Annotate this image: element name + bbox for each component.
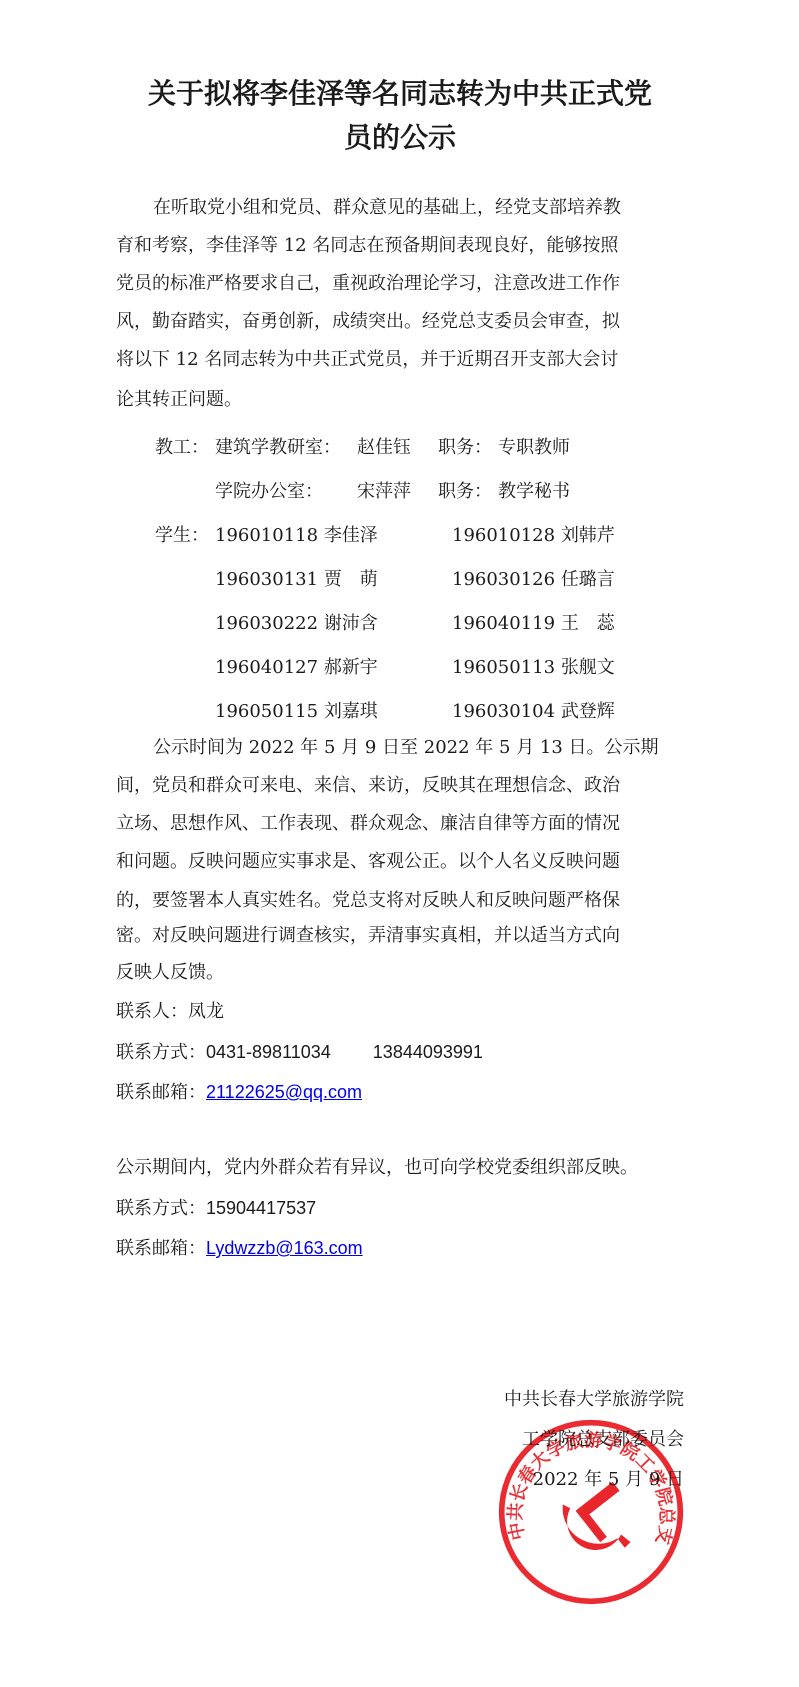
intro-line: 育和考察，李佳泽等 12 名同志在预备期间表现良好，能够按照: [116, 234, 618, 258]
student-entry: 196030131 贾 萌: [215, 568, 378, 592]
org-dept-email-label: 联系邮箱：: [116, 1238, 206, 1259]
document-title: 关于拟将李佳泽等名同志转为中共正式党 员的公示: [100, 72, 700, 160]
objection-note: 公示期间内，党内外群众若有异议，也可向学校党委组织部反映。: [116, 1156, 638, 1180]
contact-phone-label: 联系方式：: [116, 1042, 206, 1063]
contact-person-name: 凤龙: [188, 1001, 224, 1022]
student-id: 196040119: [452, 613, 555, 634]
org-dept-email-link[interactable]: Lydwzzb@163.com: [206, 1238, 363, 1258]
contact-person: 联系人：凤龙: [116, 1000, 224, 1024]
staff-role-label: 职务：: [438, 480, 492, 504]
intro-line: 党员的标准严格要求自己，重视政治理论学习，注意改进工作作: [116, 272, 620, 296]
staff-role: 教学秘书: [498, 480, 570, 504]
org-dept-phone-number: 15904417537: [206, 1198, 316, 1218]
student-name: 李佳泽: [324, 525, 378, 546]
contact-person-label: 联系人：: [116, 1001, 188, 1022]
title-line-1: 关于拟将李佳泽等名同志转为中共正式党: [100, 72, 700, 116]
student-entry: 196040127 郝新宇: [215, 656, 378, 680]
student-name: 郝新宇: [324, 657, 378, 678]
staff-name: 赵佳钰: [357, 436, 411, 460]
contact-email-label: 联系邮箱：: [116, 1082, 206, 1103]
student-id: 196040127: [215, 657, 318, 678]
notice-line: 公示时间为 2022 年 5 月 9 日至 2022 年 5 月 13 日。公示…: [153, 736, 659, 760]
intro-line: 风，勤奋踏实，奋勇创新，成绩突出。经党总支委员会审查，拟: [116, 310, 620, 334]
notice-line: 反映人反馈。: [116, 961, 224, 985]
title-line-2: 员的公示: [100, 116, 700, 160]
intro-line: 将以下 12 名同志转为中共正式党员，并于近期召开支部大会讨: [116, 348, 618, 372]
intro-line: 论其转正问题。: [116, 388, 242, 412]
student-entry: 196030126 任璐言: [452, 568, 615, 592]
student-id: 196030222: [215, 613, 318, 634]
student-id: 196010118: [215, 525, 318, 546]
student-entry: 196010128 刘韩芹: [452, 524, 615, 548]
staff-label: 教工：: [155, 436, 209, 460]
staff-dept: 建筑学教研室：: [215, 436, 341, 460]
student-name: 刘韩芹: [561, 525, 615, 546]
student-id: 196050113: [452, 657, 555, 678]
student-id: 196050115: [215, 701, 318, 722]
notice-line: 间，党员和群众可来电、来信、来访，反映其在理想信念、政治: [116, 774, 620, 798]
intro-line: 在听取党小组和党员、群众意见的基础上，经党支部培养教: [153, 196, 621, 220]
signature-org-1: 中共长春大学旅游学院: [504, 1388, 684, 1412]
student-entry: 196040119 王 蕊: [452, 612, 615, 636]
student-name: 刘嘉琪: [324, 701, 378, 722]
student-entry: 196030104 武登辉: [452, 700, 615, 724]
contact-phone: 联系方式：0431-8981103413844093991: [116, 1040, 483, 1065]
contact-email-link[interactable]: 21122625@qq.com: [206, 1082, 362, 1102]
student-name: 谢沛含: [324, 613, 378, 634]
contact-email: 联系邮箱：21122625@qq.com: [116, 1080, 362, 1105]
student-entry: 196050115 刘嘉琪: [215, 700, 378, 724]
org-dept-email: 联系邮箱：Lydwzzb@163.com: [116, 1236, 363, 1261]
student-id: 196030104: [452, 701, 555, 722]
student-id: 196030131: [215, 569, 318, 590]
students-label: 学生：: [155, 524, 209, 548]
contact-phone-1: 0431-89811034: [206, 1042, 331, 1062]
student-id: 196010128: [452, 525, 555, 546]
student-name: 武登辉: [561, 701, 615, 722]
staff-role: 专职教师: [498, 436, 570, 460]
notice-line: 立场、思想作风、工作表现、群众观念、廉洁自律等方面的情况: [116, 812, 620, 836]
student-name: 王 蕊: [561, 613, 615, 634]
contact-phone-2: 13844093991: [373, 1042, 483, 1062]
notice-line: 的，要签署本人真实姓名。党总支将对反映人和反映问题严格保: [116, 889, 620, 913]
signature-date: 2022 年 5 月 9 日: [533, 1468, 684, 1492]
org-dept-phone: 联系方式：15904417537: [116, 1196, 316, 1221]
staff-dept: 学院办公室：: [215, 480, 323, 504]
org-dept-phone-label: 联系方式：: [116, 1198, 206, 1219]
student-entry: 196010118 李佳泽: [215, 524, 378, 548]
student-entry: 196030222 谢沛含: [215, 612, 378, 636]
notice-line: 密。对反映问题进行调查核实，弄清事实真相，并以适当方式向: [116, 924, 620, 948]
staff-name: 宋萍萍: [357, 480, 411, 504]
student-entry: 196050113 张舰文: [452, 656, 615, 680]
student-name: 张舰文: [561, 657, 615, 678]
notice-line: 和问题。反映问题应实事求是、客观公正。以个人名义反映问题: [116, 850, 620, 874]
student-name: 贾 萌: [324, 569, 378, 590]
student-id: 196030126: [452, 569, 555, 590]
staff-role-label: 职务：: [438, 436, 492, 460]
signature-org-2: 工学院总支部委员会: [522, 1428, 684, 1452]
student-name: 任璐言: [561, 569, 615, 590]
